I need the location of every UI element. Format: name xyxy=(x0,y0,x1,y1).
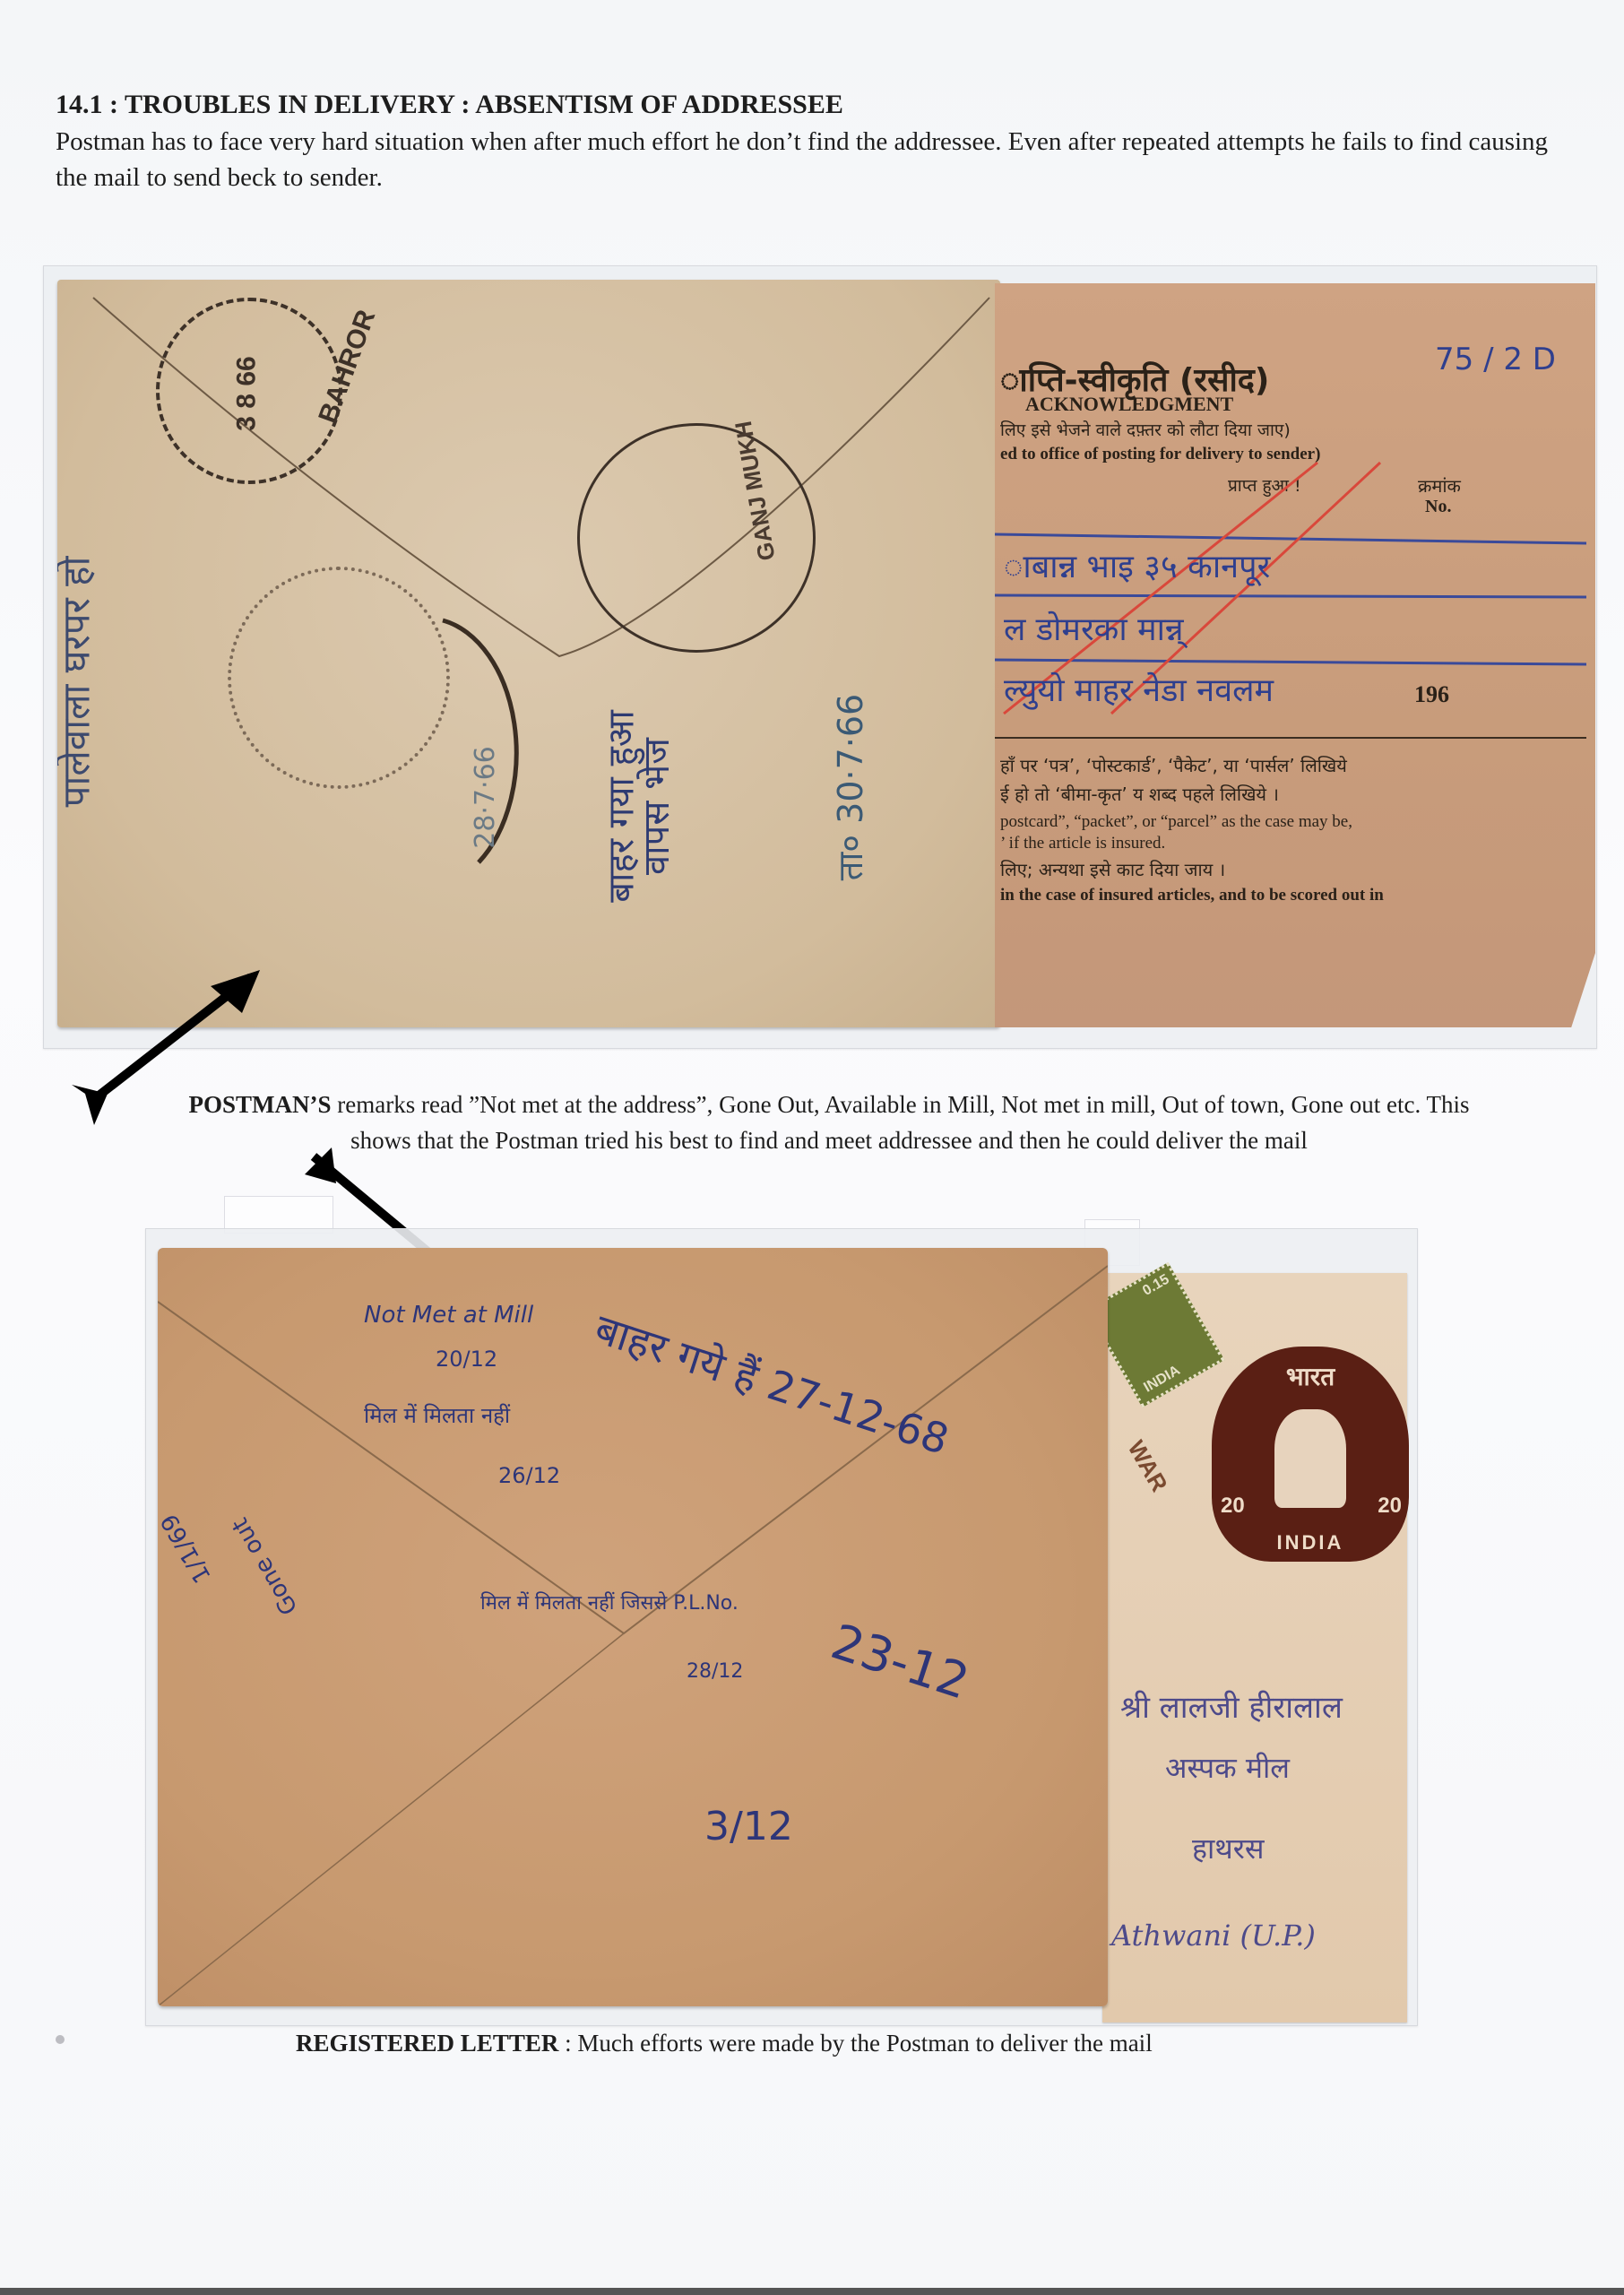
postman-note: 3/12 xyxy=(704,1804,793,1849)
ack-instruction: ’ if the article is insured. xyxy=(1000,834,1165,853)
stamp-value: 0.15 xyxy=(1140,1272,1172,1300)
ack-divider xyxy=(995,737,1586,739)
address-line: Athwani (U.P.) xyxy=(1111,1918,1316,1953)
acknowledgment-card: ाप्ति-स्वीकृति (रसीद) ACKNOWLEDGMENT 75 … xyxy=(995,283,1595,1027)
postman-note: मिल में मिलता नहीं जिससे P.L.No. xyxy=(480,1589,739,1615)
ack-year: 196 xyxy=(1414,681,1449,708)
handwritten-note: वापस भेज xyxy=(630,738,679,875)
embossed-value: 20 xyxy=(1378,1494,1402,1519)
postman-note: Not Met at Mill xyxy=(364,1302,533,1329)
address-line: श्री लालजी हीरालाल xyxy=(1120,1685,1343,1727)
caption-text: : Much efforts were made by the Postman … xyxy=(558,2030,1152,2057)
postman-note: मिल में मिलता नहीं xyxy=(364,1400,510,1430)
ack-instruction: in the case of insured articles, and to … xyxy=(1000,886,1384,905)
ack-instruction: ई हो तो ‘बीमा-कृत’ य शब्द पहले लिखिये । xyxy=(1000,782,1279,806)
postman-remarks-caption: POSTMAN’S remarks read ”Not met at the a… xyxy=(179,1087,1479,1158)
registered-envelope-back: Not Met at Mill 20/12 मिल में मिलता नहीं… xyxy=(158,1248,1108,2006)
ack-instruction: हाँ पर ‘पत्र’, ‘पोस्टकार्ड’, ‘पैकेट’, या… xyxy=(1000,753,1347,777)
postmark-center xyxy=(577,423,816,653)
address-line: हाथरस xyxy=(1192,1829,1264,1867)
handwritten-date: 28·7·66 xyxy=(470,746,501,849)
ack-handwritten-line: ल डोमरका मान्न् xyxy=(1004,606,1183,650)
ack-instruction: postcard”, “packet”, or “parcel” as the … xyxy=(1000,812,1352,832)
handwritten-note: पालेवाला घरपर हो xyxy=(57,557,100,808)
page-heading: 14.1 : TROUBLES IN DELIVERY : ABSENTISM … xyxy=(56,90,843,120)
postman-note-date: 28/12 xyxy=(687,1660,743,1683)
address-line: अस्पक मील xyxy=(1165,1748,1290,1787)
caption-lead: REGISTERED LETTER xyxy=(296,2030,558,2057)
ack-instruction: लिए; अन्यथा इसे काट दिया जाय । xyxy=(1000,857,1225,881)
ack-handwritten-line: ल्युयो माहर नेडा नवलम xyxy=(1004,667,1274,711)
postman-note-date: 20/12 xyxy=(436,1347,497,1372)
postmark-faint xyxy=(228,567,450,789)
postmark-fragment: WAR xyxy=(1122,1435,1173,1496)
embossed-country: INDIA xyxy=(1212,1531,1409,1555)
postman-note-date: 26/12 xyxy=(498,1463,560,1488)
registered-letter-caption: REGISTERED LETTER : Much efforts were ma… xyxy=(296,2030,1153,2057)
punch-hole xyxy=(56,2035,65,2044)
top-envelope-back: BAHROR 3 8 66 GANJ MUKH पालेवाला घरपर हो… xyxy=(57,280,1000,1027)
embossed-country-hindi: भारत xyxy=(1212,1359,1409,1393)
embossed-value: 20 xyxy=(1221,1494,1245,1519)
ack-ruled-lines xyxy=(995,283,1595,1027)
caption-text: remarks read ”Not met at the address”, G… xyxy=(332,1091,1470,1154)
ack-handwritten-line: ाबान्न भाइ ३५ कानपूर xyxy=(1004,543,1270,587)
handwritten-date: ता० 30·7·66 xyxy=(826,694,873,880)
caption-lead: POSTMAN’S xyxy=(189,1091,332,1118)
embossed-stamp: भारत 20 20 INDIA xyxy=(1212,1347,1409,1562)
page-bottom-edge xyxy=(0,2288,1624,2295)
lion-capital-icon xyxy=(1274,1409,1346,1508)
intro-paragraph: Postman has to face very hard situation … xyxy=(56,124,1561,195)
postmark-bahror-date: 3 8 66 xyxy=(232,356,263,430)
